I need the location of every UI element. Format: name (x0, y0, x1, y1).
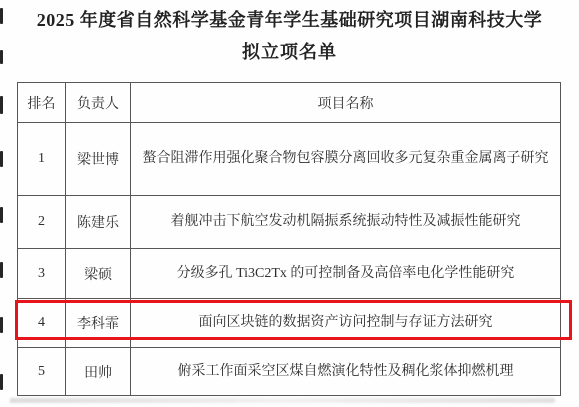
scan-artifact (0, 151, 3, 167)
rank-cell: 2 (18, 196, 66, 249)
rank-cell: 1 (18, 123, 66, 196)
leader-cell: 陈建乐 (66, 196, 131, 249)
scan-artifact (0, 262, 3, 278)
table-row: 5 田帅 俯采工作面采空区煤自燃演化特性及稠化浆体抑燃机理 (18, 348, 561, 396)
project-cell: 俯采工作面采空区煤自燃演化特性及稠化浆体抑燃机理 (131, 348, 561, 396)
scan-artifact (0, 207, 3, 223)
table-row-highlighted: 4 李科霏 面向区块链的数据资产访问控制与存证方法研究 (18, 299, 561, 348)
project-table: 排名 负责人 项目名称 1 梁世博 螯合阻滞作用强化聚合物包容膜分离回收多元复杂… (17, 82, 561, 396)
scan-artifact (0, 317, 3, 333)
title-line-2: 拟立项名单 (0, 35, 579, 69)
column-header-rank: 排名 (18, 83, 66, 123)
table-row: 1 梁世博 螯合阻滞作用强化聚合物包容膜分离回收多元复杂重金属离子研究 (18, 123, 561, 196)
project-cell: 着舰冲击下航空发动机隔振系统振动特性及减振性能研究 (131, 196, 561, 249)
project-cell: 分级多孔 Ti3C2Tx 的可控制备及高倍率电化学性能研究 (131, 249, 561, 299)
scan-shadow (10, 398, 555, 403)
rank-cell: 4 (18, 299, 66, 348)
scan-artifact (0, 374, 3, 390)
table-header-row: 排名 负责人 项目名称 (18, 83, 561, 123)
rank-cell: 5 (18, 348, 66, 396)
document-page: 2025 年度省自然科学基金青年学生基础研究项目湖南科技大学 拟立项名单 排名 … (0, 0, 579, 407)
table-row: 3 梁硕 分级多孔 Ti3C2Tx 的可控制备及高倍率电化学性能研究 (18, 249, 561, 299)
scan-artifact (0, 96, 3, 114)
leader-cell: 梁硕 (66, 249, 131, 299)
scan-artifact (0, 8, 3, 24)
title-line-1: 2025 年度省自然科学基金青年学生基础研究项目湖南科技大学 (0, 5, 579, 35)
rank-cell: 3 (18, 249, 66, 299)
leader-cell: 田帅 (66, 348, 131, 396)
scan-artifact (0, 50, 3, 64)
project-cell: 螯合阻滞作用强化聚合物包容膜分离回收多元复杂重金属离子研究 (131, 123, 561, 196)
table-row: 2 陈建乐 着舰冲击下航空发动机隔振系统振动特性及减振性能研究 (18, 196, 561, 249)
column-header-project: 项目名称 (131, 83, 561, 123)
column-header-leader: 负责人 (66, 83, 131, 123)
project-cell: 面向区块链的数据资产访问控制与存证方法研究 (131, 299, 561, 348)
document-title: 2025 年度省自然科学基金青年学生基础研究项目湖南科技大学 拟立项名单 (0, 0, 579, 69)
leader-cell: 梁世博 (66, 123, 131, 196)
leader-cell: 李科霏 (66, 299, 131, 348)
